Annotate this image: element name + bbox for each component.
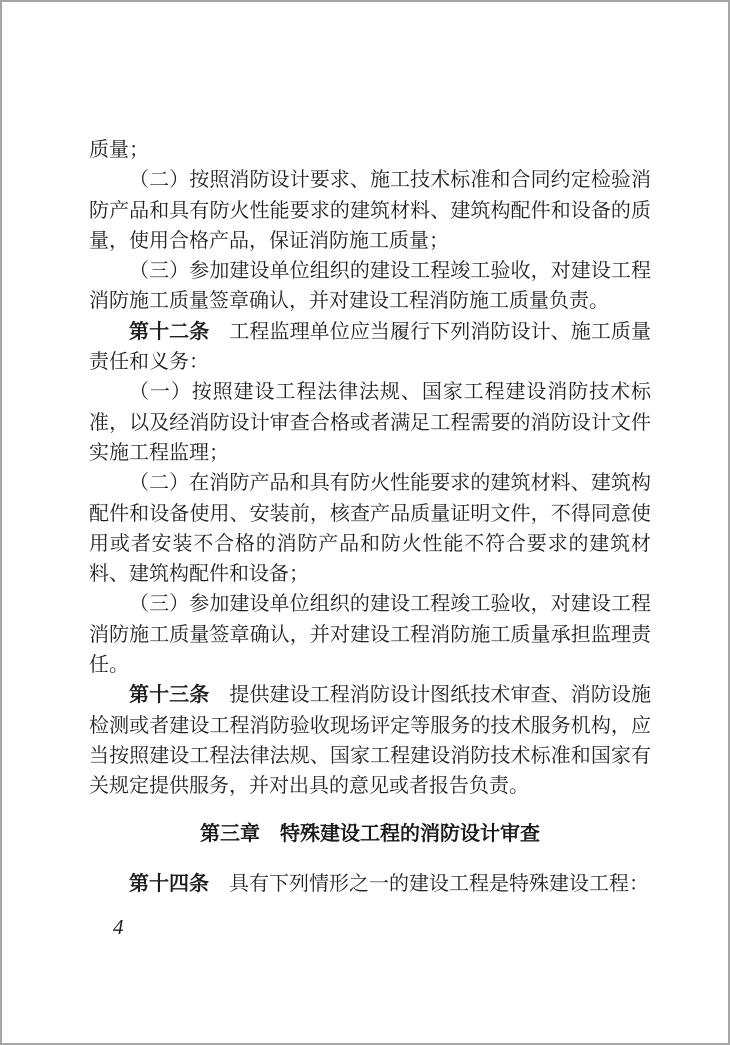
paragraph-text: （三）参加建设单位组织的建设工程竣工验收，对建设工程消防施工质量签章确认，并对建… — [89, 260, 651, 312]
paragraph-article-12: 第十二条工程监理单位应当履行下列消防设计、施工质量责任和义务： — [89, 317, 651, 378]
paragraph-item-2b: （二）在消防产品和具有防火性能要求的建筑材料、建筑构配件和设备使用、安装前，核查… — [89, 468, 651, 589]
paragraph-item-2: （二）按照消防设计要求、施工技术标准和合同约定检验消防产品和具有防火性能要求的建… — [89, 165, 651, 256]
paragraph-item-3: （三）参加建设单位组织的建设工程竣工验收，对建设工程消防施工质量签章确认，并对建… — [89, 256, 651, 317]
paragraph-text: 质量； — [89, 139, 149, 161]
paragraph-text: （三）参加建设单位组织的建设工程竣工验收，对建设工程消防施工质量签章确认，并对建… — [89, 593, 651, 676]
paragraph-text: 具有下列情形之一的建设工程是特殊建设工程： — [229, 873, 649, 895]
paragraph-item-1: （一）按照建设工程法律法规、国家工程建设消防技术标准，以及经消防设计审查合格或者… — [89, 377, 651, 468]
paragraph-text: （二）按照消防设计要求、施工技术标准和合同约定检验消防产品和具有防火性能要求的建… — [89, 169, 651, 252]
article-number: 第十二条 — [129, 321, 209, 343]
document-body: 质量； （二）按照消防设计要求、施工技术标准和合同约定检验消防产品和具有防火性能… — [89, 135, 651, 899]
chapter-heading: 第三章 特殊建设工程的消防设计审查 — [89, 819, 651, 849]
page-number: 4 — [113, 915, 124, 940]
document-page: 质量； （二）按照消防设计要求、施工技术标准和合同约定检验消防产品和具有防火性能… — [0, 0, 730, 1045]
paragraph-text: （一）按照建设工程法律法规、国家工程建设消防技术标准，以及经消防设计审查合格或者… — [89, 381, 651, 464]
paragraph-continuation: 质量； — [89, 135, 651, 165]
paragraph-text: （二）在消防产品和具有防火性能要求的建筑材料、建筑构配件和设备使用、安装前，核查… — [89, 472, 651, 585]
article-number: 第十四条 — [129, 873, 209, 895]
paragraph-article-13: 第十三条提供建设工程消防设计图纸技术审查、消防设施检测或者建设工程消防验收现场评… — [89, 680, 651, 801]
article-number: 第十三条 — [129, 684, 209, 706]
paragraph-item-3b: （三）参加建设单位组织的建设工程竣工验收，对建设工程消防施工质量签章确认，并对建… — [89, 589, 651, 680]
paragraph-article-14: 第十四条具有下列情形之一的建设工程是特殊建设工程： — [89, 869, 651, 899]
